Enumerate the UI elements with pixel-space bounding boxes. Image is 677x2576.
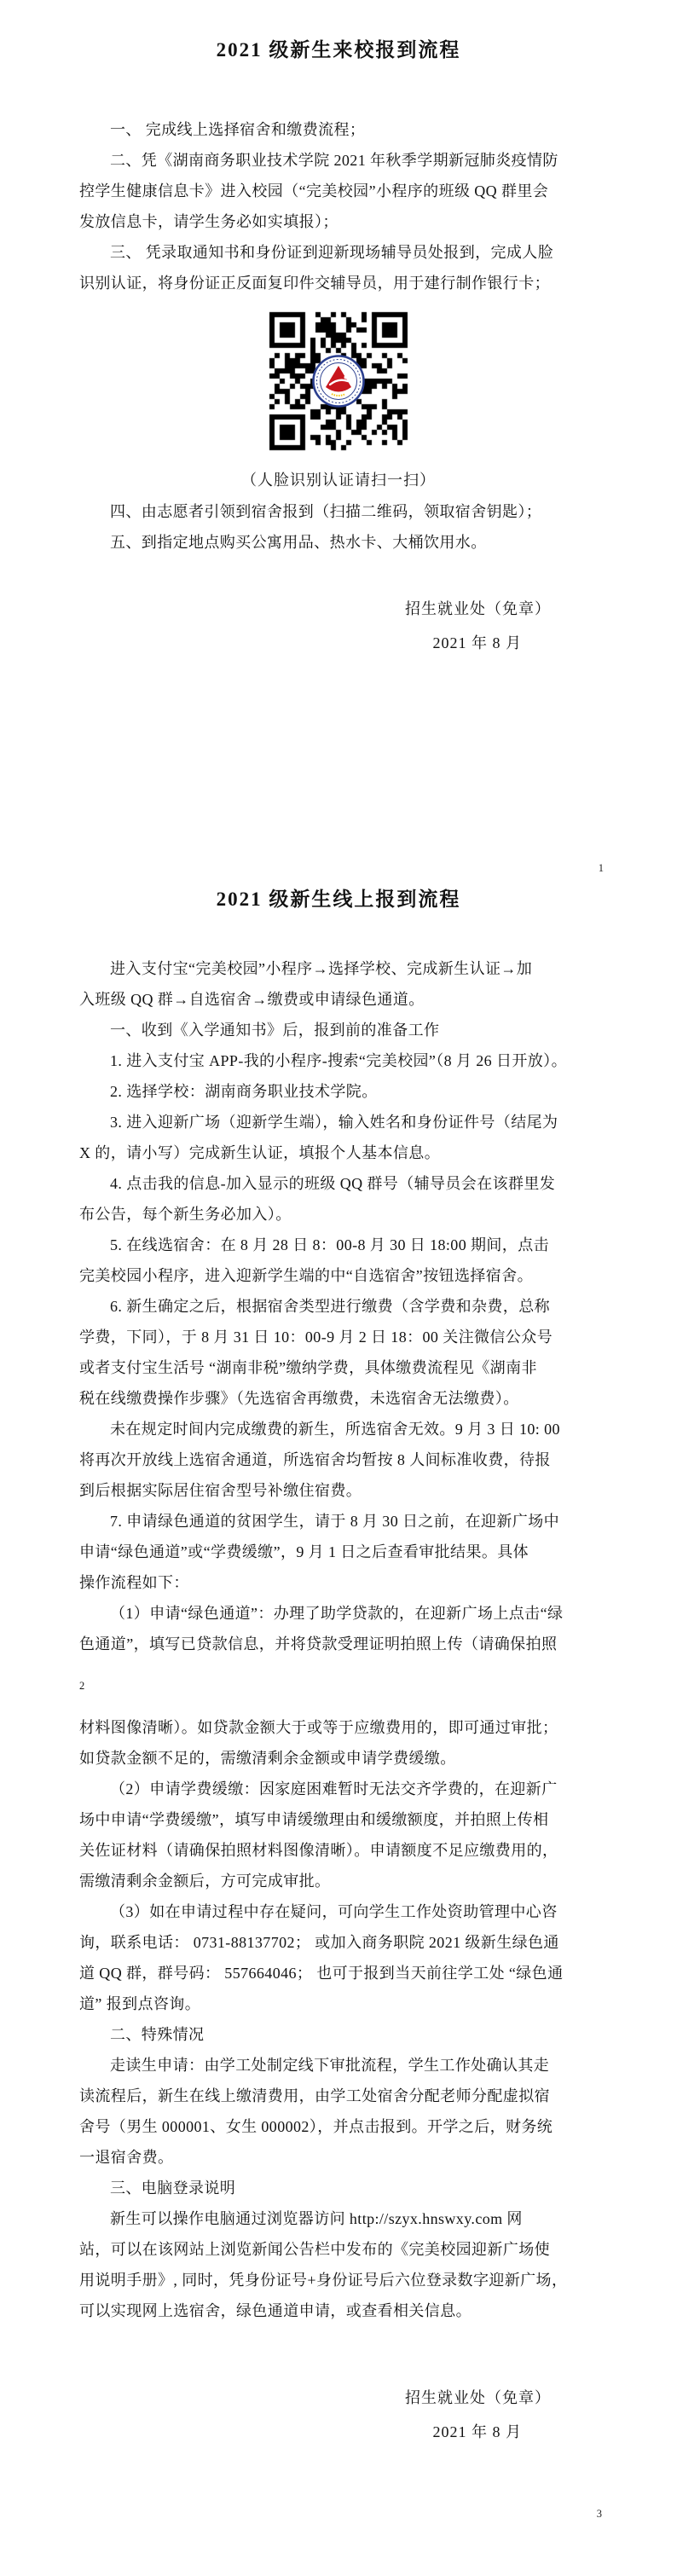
page1-title: 2021 级新生来校报到流程 <box>0 36 677 65</box>
text-line: 一、收到《入学通知书》后，报到前的准备工作 <box>79 1015 597 1045</box>
text-line: 发放信息卡，请学生务必如实填报）； <box>79 206 597 237</box>
text-line: 走读生申请：由学工处制定线下审批流程，学生工作处确认其走 <box>79 2050 597 2081</box>
page-1: 2021 级新生来校报到流程 一、 完成线上选择宿舍和缴费流程；二、凭《湖南商务… <box>0 36 677 658</box>
school-emblem-icon <box>312 355 365 408</box>
text-line: 关佐证材料（请确保拍照材料图像清晰）。申请额度不足应缴费用的， <box>79 1835 597 1866</box>
page1-signature: 招生就业处（免章） <box>0 593 677 624</box>
page2-date: 2021 年 8 月 <box>0 2417 677 2447</box>
text-line: 布公告，每个新生务必加入）。 <box>79 1199 597 1230</box>
text-line: 进入支付宝“完美校园”小程序→选择学校、完成新生认证→加 <box>79 953 597 984</box>
page2-title: 2021 级新生线上报到流程 <box>0 885 677 914</box>
text-line: 完美校园小程序，进入迎新学生端的中“自选宿舍”按钮选择宿舍。 <box>79 1260 597 1291</box>
text-line: 未在规定时间内完成缴费的新生，所选宿舍无效。9 月 3 日 10: 00 <box>79 1414 597 1444</box>
text-line: 如贷款金额不足的，需缴清剩余金额或申请学费缓缴。 <box>79 1743 597 1774</box>
text-line: 税在线缴费操作步骤》（先选宿舍再缴费，未选宿舍无法缴费）。 <box>79 1383 597 1414</box>
text-line: X 的，请小写）完成新生认证，填报个人基本信息。 <box>79 1137 597 1168</box>
text-line: （2）申请学费缓缴：因家庭困难暂时无法交齐学费的，在迎新广 <box>79 1774 597 1804</box>
text-line: 四、由志愿者引领到宿舍报到（扫描二维码，领取宿舍钥匙）； <box>79 496 597 527</box>
text-line: 站，可以在该网站上浏览新闻公告栏中发布的《完美校园迎新广场使 <box>79 2234 597 2265</box>
text-line: 用说明手册》, 同时，凭身份证号+身份证号后六位登录数字迎新广场， <box>79 2265 597 2295</box>
text-line: 新生可以操作电脑通过浏览器访问 http://szyx.hnswxy.com 网 <box>79 2203 597 2234</box>
page-2: 2021 级新生线上报到流程 进入支付宝“完美校园”小程序→选择学校、完成新生认… <box>0 885 677 2447</box>
qr-figure <box>263 305 414 457</box>
text-line: 2. 选择学校：湖南商务职业技术学院。 <box>79 1076 597 1107</box>
text-line: 申请“绿色通道”或“学费缓缴”，9 月 1 日之后查看审批结果。具体 <box>79 1537 597 1567</box>
page-number-1: 1 <box>0 860 677 877</box>
text-line: 将再次开放线上选宿舍通道，所选宿舍均暂按 8 人间标准收费，待报 <box>79 1444 597 1475</box>
document: 2021 级新生来校报到流程 一、 完成线上选择宿舍和缴费流程；二、凭《湖南商务… <box>0 0 677 2576</box>
text-line: 4. 点击我的信息-加入显示的班级 QQ 群号（辅导员会在该群里发 <box>79 1168 597 1199</box>
text-line: 二、凭《湖南商务职业技术学院 2021 年秋季学期新冠肺炎疫情防 <box>79 145 597 176</box>
text-line: 入班级 QQ 群→自选宿舍→缴费或申请绿色通道。 <box>79 984 597 1015</box>
text-line: 1. 进入支付宝 APP-我的小程序-搜索“完美校园”（8 月 26 日开放）。 <box>79 1045 597 1076</box>
text-line: 道” 报到点咨询。 <box>79 1988 597 2019</box>
text-line: 5. 在线选宿舍：在 8 月 28 日 8：00-8 月 30 日 18:00 … <box>79 1230 597 1260</box>
text-line: 控学生健康信息卡》进入校园（“完美校园”小程序的班级 QQ 群里会 <box>79 176 597 206</box>
text-line: 询，联系电话： 0731-88137702； 或加入商务职院 2021 级新生绿… <box>79 1927 597 1958</box>
text-line: （1）申请“绿色通道”：办理了助学贷款的，在迎新广场上点击“绿 <box>79 1598 597 1629</box>
page-number-2: 2 <box>79 1659 597 1712</box>
page1-date: 2021 年 8 月 <box>0 628 677 658</box>
text-line: 一退宿舍费。 <box>79 2142 597 2173</box>
text-line: 7. 申请绿色通道的贫困学生，请于 8 月 30 日之前，在迎新广场中 <box>79 1506 597 1537</box>
page2-signature: 招生就业处（免章） <box>0 2382 677 2413</box>
text-line: 或者支付宝生活号 “湖南非税”缴纳学费，具体缴费流程见《湖南非 <box>79 1352 597 1383</box>
qr-caption: （人脸识别认证请扫一扫） <box>0 464 677 496</box>
text-line: （3）如在申请过程中存在疑问，可向学生工作处资助管理中心咨 <box>79 1896 597 1927</box>
text-line: 三、电脑登录说明 <box>79 2173 597 2203</box>
text-line: 识别认证，将身份证正反面复印件交辅导员，用于建行制作银行卡； <box>79 268 597 298</box>
text-line: 舍号（男生 000001、女生 000002），并点击报到。开学之后，财务统 <box>79 2111 597 2142</box>
text-line: 6. 新生确定之后，根据宿舍类型进行缴费（含学费和杂费，总称 <box>79 1291 597 1322</box>
text-line: 材料图像清晰）。如贷款金额大于或等于应缴费用的，即可通过审批； <box>79 1712 597 1743</box>
text-line: 到后根据实际居住宿舍型号补缴住宿费。 <box>79 1475 597 1506</box>
page2-body: 进入支付宝“完美校园”小程序→选择学校、完成新生认证→加入班级 QQ 群→自选宿… <box>0 953 677 2326</box>
text-line: 一、 完成线上选择宿舍和缴费流程； <box>79 114 597 145</box>
text-line: 场中申请“学费缓缴”，填写申请缓缴理由和缓缴额度，并拍照上传相 <box>79 1804 597 1835</box>
text-line: 可以实现网上选宿舍，绿色通道申请，或查看相关信息。 <box>79 2295 597 2326</box>
page1-body-top: 一、 完成线上选择宿舍和缴费流程；二、凭《湖南商务职业技术学院 2021 年秋季… <box>0 114 677 298</box>
text-line: 三、 凭录取通知书和身份证到迎新现场辅导员处报到，完成人脸 <box>79 237 597 268</box>
text-line: 学费，下同），于 8 月 31 日 10：00-9 月 2 日 18：00 关注… <box>79 1322 597 1352</box>
text-line: 二、特殊情况 <box>79 2019 597 2050</box>
text-line: 需缴清剩余金额后，方可完成审批。 <box>79 1866 597 1896</box>
text-line: 读流程后，新生在线上缴清费用，由学工处宿舍分配老师分配虚拟宿 <box>79 2081 597 2111</box>
text-line: 3. 进入迎新广场（迎新学生端），输入姓名和身份证件号（结尾为 <box>79 1107 597 1137</box>
page1-body-bottom: 四、由志愿者引领到宿舍报到（扫描二维码，领取宿舍钥匙）；五、到指定地点购买公寓用… <box>0 496 677 558</box>
text-line: 道 QQ 群，群号码： 557664046； 也可于报到当天前往学工处 “绿色通 <box>79 1958 597 1988</box>
text-line: 色通道”，填写已贷款信息，并将贷款受理证明拍照上传（请确保拍照 <box>79 1629 597 1659</box>
text-line: 操作流程如下： <box>79 1567 597 1598</box>
page-number-3: 3 <box>597 2505 602 2522</box>
text-line: 五、到指定地点购买公寓用品、热水卡、大桶饮用水。 <box>79 527 597 558</box>
